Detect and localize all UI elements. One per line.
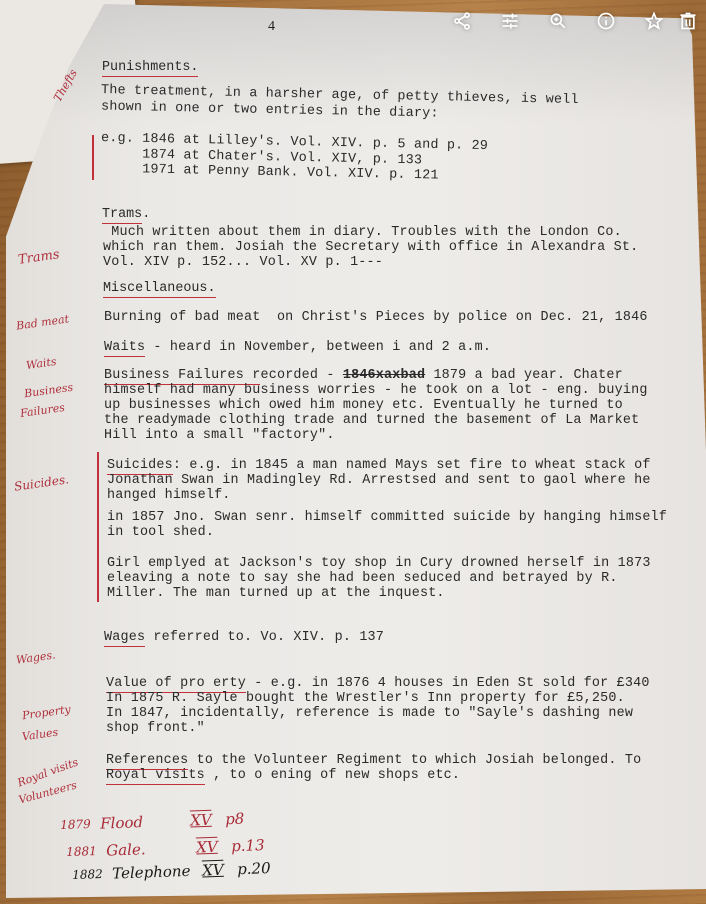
page-number: 4 (268, 19, 275, 34)
footer-page: p.13 (231, 838, 265, 854)
footer-year: 1882 (72, 867, 103, 883)
text-line: the readymade clothing trade and turned … (104, 413, 639, 428)
footer-vol: XV (202, 863, 224, 879)
text-line: In 1847, incidentally, reference is made… (106, 706, 633, 721)
margin-bracket (92, 135, 94, 180)
text-line: in tool shed. (107, 525, 214, 540)
property-line: Value of pro erty - e.g. in 1876 4 house… (106, 676, 650, 691)
footer-vol: XV (190, 813, 212, 829)
text-line: hanged himself. (107, 488, 231, 503)
text-line: Burning of bad meat on Christ's Pieces b… (104, 310, 648, 325)
margin-bracket (97, 452, 99, 602)
struck-text: 1846xaxbad (343, 368, 425, 383)
text-line: Girl emplyed at Jackson's toy shop in Cu… (107, 556, 651, 571)
text: , to o ening of new shops etc. (205, 768, 460, 783)
footer-page: p8 (225, 812, 245, 828)
text-line: eleaving a note to say she had been sedu… (107, 571, 618, 586)
references-line-2: Royal visits , to o ening of new shops e… (106, 768, 460, 783)
tune-icon (500, 11, 520, 31)
footer-vol: XV (196, 840, 218, 856)
margin-note: Wages. (15, 647, 56, 667)
heading-suffix: . (142, 207, 150, 222)
text-line: shop front." (106, 721, 205, 736)
trash-icon (678, 11, 698, 31)
waits-line: Waits - heard in November, between i and… (104, 340, 491, 355)
text-line: himself had many business worries - he t… (104, 383, 648, 398)
viewer-toolbar (438, 8, 706, 34)
heading-punishments: Punishments. (102, 60, 198, 75)
margin-note: Business (23, 380, 74, 402)
waits-label: Waits (104, 340, 145, 357)
heading-text: Miscellaneous. (103, 281, 216, 298)
margin-note: Trams (17, 247, 60, 268)
favorite-button[interactable] (630, 8, 678, 34)
delete-button[interactable] (678, 8, 706, 34)
text: ecorded - (260, 368, 342, 383)
text-line: Vol. XIV p. 152... Vol. XV p. 1--- (103, 255, 383, 270)
wages-label: Wages (104, 630, 145, 647)
text-line: Jonathan Swan in Madingley Rd. Arrestsed… (107, 473, 651, 488)
text: referred to. Vo. XIV. p. 137 (145, 630, 384, 645)
footer-page: p.20 (237, 861, 271, 877)
waits-text: - heard in November, between i and 2 a.m… (145, 340, 491, 355)
document-content: 4 Punishments. The treatment, in a harsh… (0, 0, 706, 904)
margin-note: Property (21, 702, 71, 724)
footer-topic: Flood (100, 815, 143, 831)
royal-visits-label: Royal visits (106, 768, 205, 785)
text-line: which ran them. Josiah the Secretary wit… (103, 240, 638, 255)
footer-topic: Gale. (106, 842, 146, 858)
margin-note: Bad meat (15, 311, 70, 333)
zoom-button[interactable] (534, 8, 582, 34)
text-line: Miller. The man turned up at the inquest… (107, 586, 445, 601)
heading-text: Trams (102, 207, 142, 224)
info-icon (596, 11, 616, 31)
text-line: In 1875 R. Sayle bought the Wrestler's I… (106, 691, 625, 706)
text-line: up businesses which owed him money etc. … (104, 398, 623, 413)
suicides-line: Suicides: e.g. in 1845 a man named Mays … (107, 458, 651, 473)
heading-trams: Trams. (102, 207, 150, 222)
footer-year: 1881 (66, 844, 97, 860)
text: - e.g. in 1876 4 houses in Eden St sold … (246, 676, 650, 691)
footer-topic: Telephone (112, 864, 191, 882)
zoom-in-icon (548, 11, 568, 31)
text-line: Hill into a small "factory". (104, 428, 335, 443)
edit-button[interactable] (486, 8, 534, 34)
business-line: Business Failures recorded - 1846xaxbad … (104, 368, 623, 383)
footer-year: 1879 (60, 817, 91, 833)
margin-note: Thefts (50, 67, 81, 105)
info-button[interactable] (582, 8, 630, 34)
margin-note: Values (21, 725, 59, 745)
margin-note: Failures (19, 400, 66, 421)
share-icon (452, 11, 472, 31)
margin-note: Suicides. (13, 472, 70, 495)
text: 1879 a bad year. Chater (425, 368, 623, 383)
text: to the Volunteer Regiment to which Josia… (188, 753, 641, 768)
margin-note: Waits (25, 354, 57, 373)
text-line: in 1857 Jno. Swan senr. himself committe… (107, 510, 667, 525)
text-line: Much written about them in diary. Troubl… (103, 225, 622, 240)
text: : e.g. in 1845 a man named Mays set fire… (173, 458, 651, 473)
share-button[interactable] (438, 8, 486, 34)
references-line: References to the Volunteer Regiment to … (106, 753, 641, 768)
star-icon (644, 11, 664, 31)
heading-text: Punishments. (102, 60, 198, 77)
wages-line: Wages referred to. Vo. XIV. p. 137 (104, 630, 384, 645)
heading-miscellaneous: Miscellaneous. (103, 281, 216, 296)
